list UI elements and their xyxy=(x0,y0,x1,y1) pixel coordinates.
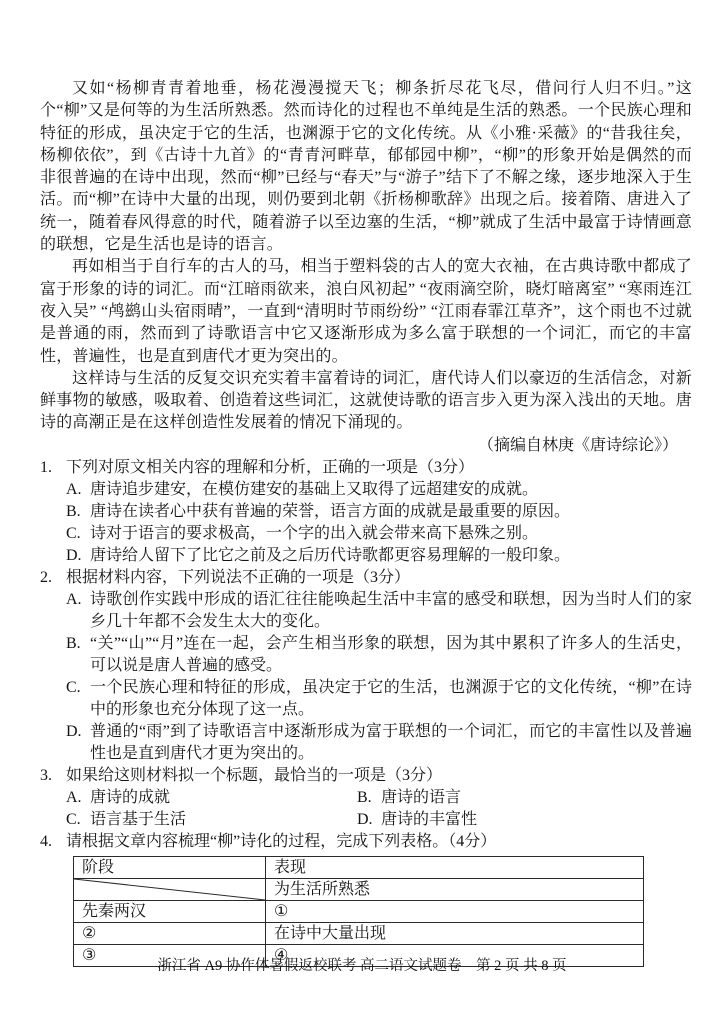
passage-paragraph-2: 再如相当于自行车的古人的马，相当于塑料袋的古人的宽大衣袖，在古典诗歌中都成了富于… xyxy=(40,256,692,367)
question-3-options: A. 唐诗的成就 B. 唐诗的语言 C. 语言基于生活 D. 唐诗的丰富性 xyxy=(66,787,692,831)
question-stem-text: 请根据文章内容梳理“柳”诗化的过程，完成下列表格。（4分） xyxy=(66,831,692,853)
question-3-option-d: D. 唐诗的丰富性 xyxy=(357,809,692,831)
option-label: C. xyxy=(66,523,90,545)
question-stem-text: 如果给这则材料拟一个标题，最恰当的一项是（3分） xyxy=(66,765,692,787)
table-header-stage: 阶段 xyxy=(74,857,266,879)
table-header-row: 阶段 表现 xyxy=(74,857,644,879)
question-2: 2. 根据材料内容，下列说法不正确的一项是（3分） A. 诗歌创作实践中形成的语… xyxy=(40,567,692,765)
option-text: 唐诗追步建安，在模仿建安的基础上又取得了远超建安的成就。 xyxy=(90,479,692,501)
question-stem-text: 根据材料内容，下列说法不正确的一项是（3分） xyxy=(66,567,692,589)
option-text: 唐诗给人留下了比它之前及之后历代诗歌都更容易理解的一般印象。 xyxy=(90,545,692,567)
table-header-performance: 表现 xyxy=(266,857,644,879)
diagonal-line xyxy=(74,879,265,900)
question-3-option-c: C. 语言基于生活 xyxy=(66,809,357,831)
table-row: ② 在诗中大量出现 xyxy=(74,923,644,945)
question-2-option-c: C. 一个民族心理和特征的形成，虽决定于它的生活，也渊源于它的文化传统，“柳”在… xyxy=(66,677,692,721)
option-text: 普通的“雨”到了诗歌语言中逐渐形成为富于联想的一个词汇，而它的丰富性以及普遍性也… xyxy=(90,721,692,765)
table-cell-diagonal xyxy=(74,879,266,901)
exam-page: 又如“杨柳青青着地垂，杨花漫漫搅天飞；柳条折尽花飞尽，借问行人归不归。”这个“柳… xyxy=(0,0,724,1024)
question-number: 2. xyxy=(40,567,66,589)
passage-paragraph-3: 这样诗与生活的反复交识充实着丰富着诗的词汇，唐代诗人们以豪迈的生活信念，对新鲜事… xyxy=(40,368,692,435)
question-number: 4. xyxy=(40,831,66,853)
question-1-option-b: B. 唐诗在读者心中获有普遍的荣誉，语言方面的成就是最重要的原因。 xyxy=(66,501,692,523)
option-text: 一个民族心理和特征的形成，虽决定于它的生活，也渊源于它的文化传统，“柳”在诗中的… xyxy=(90,677,692,721)
option-text: 诗歌创作实践中形成的语汇往往能唤起生活中丰富的感受和联想，因为当时人们的家乡几十… xyxy=(90,589,692,633)
question-2-stem: 2. 根据材料内容，下列说法不正确的一项是（3分） xyxy=(40,567,692,589)
option-text: 唐诗的成就 xyxy=(90,787,357,809)
option-text: 唐诗的语言 xyxy=(381,787,692,809)
option-label: C. xyxy=(66,677,90,721)
option-text: “关”“山”“月”连在一起，会产生相当形象的联想，因为其中累积了许多人的生活史，… xyxy=(90,633,692,677)
question-4: 4. 请根据文章内容梳理“柳”诗化的过程，完成下列表格。（4分） 阶段 表现 xyxy=(40,831,692,967)
question-3-stem: 3. 如果给这则材料拟一个标题，最恰当的一项是（3分） xyxy=(40,765,692,787)
option-label: A. xyxy=(66,479,90,501)
option-text: 唐诗的丰富性 xyxy=(381,809,692,831)
question-2-option-a: A. 诗歌创作实践中形成的语汇往往能唤起生活中丰富的感受和联想，因为当时人们的家… xyxy=(66,589,692,633)
option-label: A. xyxy=(66,787,90,809)
passage-paragraph-1: 又如“杨柳青青着地垂，杨花漫漫搅天飞；柳条折尽花飞尽，借问行人归不归。”这个“柳… xyxy=(40,78,692,256)
question-2-option-b: B. “关”“山”“月”连在一起，会产生相当形象的联想，因为其中累积了许多人的生… xyxy=(66,633,692,677)
question-3-option-b: B. 唐诗的语言 xyxy=(357,787,692,809)
question-1-option-c: C. 诗对于语言的要求极高，一个字的出入就会带来高下悬殊之别。 xyxy=(66,523,692,545)
option-label: B. xyxy=(66,501,90,523)
question-number: 1. xyxy=(40,457,66,479)
question-1-stem: 1. 下列对原文相关内容的理解和分析，正确的一项是（3分） xyxy=(40,457,692,479)
question-4-stem: 4. 请根据文章内容梳理“柳”诗化的过程，完成下列表格。（4分） xyxy=(40,831,692,853)
option-label: D. xyxy=(66,721,90,765)
question-stem-text: 下列对原文相关内容的理解和分析，正确的一项是（3分） xyxy=(66,457,692,479)
question-3-option-a: A. 唐诗的成就 xyxy=(66,787,357,809)
option-label: A. xyxy=(66,589,90,633)
question-1-option-a: A. 唐诗追步建安，在模仿建安的基础上又取得了远超建安的成就。 xyxy=(66,479,692,501)
table-cell: 先秦两汉 xyxy=(74,901,266,923)
question-1: 1. 下列对原文相关内容的理解和分析，正确的一项是（3分） A. 唐诗追步建安，… xyxy=(40,457,692,567)
exam-content: 又如“杨柳青青着地垂，杨花漫漫搅天飞；柳条折尽花飞尽，借问行人归不归。”这个“柳… xyxy=(40,78,692,967)
table-cell: 在诗中大量出现 xyxy=(266,923,644,945)
question-number: 3. xyxy=(40,765,66,787)
option-text: 语言基于生活 xyxy=(90,809,357,831)
question-3: 3. 如果给这则材料拟一个标题，最恰当的一项是（3分） A. 唐诗的成就 B. … xyxy=(40,765,692,831)
option-label: C. xyxy=(66,809,90,831)
table-row: 先秦两汉 ① xyxy=(74,901,644,923)
option-label: D. xyxy=(66,545,90,567)
option-text: 唐诗在读者心中获有普遍的荣誉，语言方面的成就是最重要的原因。 xyxy=(90,501,692,523)
option-text: 诗对于语言的要求极高，一个字的出入就会带来高下悬殊之别。 xyxy=(90,523,692,545)
table-cell: ① xyxy=(266,901,644,923)
table-cell: ② xyxy=(74,923,266,945)
passage-attribution: （摘编自林庚《唐诗综论》） xyxy=(40,435,692,457)
option-label: B. xyxy=(66,633,90,677)
table-row: 为生活所熟悉 xyxy=(74,879,644,901)
question-1-option-d: D. 唐诗给人留下了比它之前及之后历代诗歌都更容易理解的一般印象。 xyxy=(66,545,692,567)
option-label: D. xyxy=(357,809,381,831)
liu-process-table: 阶段 表现 为生活所熟悉 先秦两汉 ① xyxy=(73,856,644,967)
page-footer: 浙江省 A9 协作体暑假返校联考 高二语文试题卷 第 2 页 共 8 页 xyxy=(0,956,724,976)
table-cell: 为生活所熟悉 xyxy=(266,879,644,901)
option-label: B. xyxy=(357,787,381,809)
question-2-option-d: D. 普通的“雨”到了诗歌语言中逐渐形成为富于联想的一个词汇，而它的丰富性以及普… xyxy=(66,721,692,765)
